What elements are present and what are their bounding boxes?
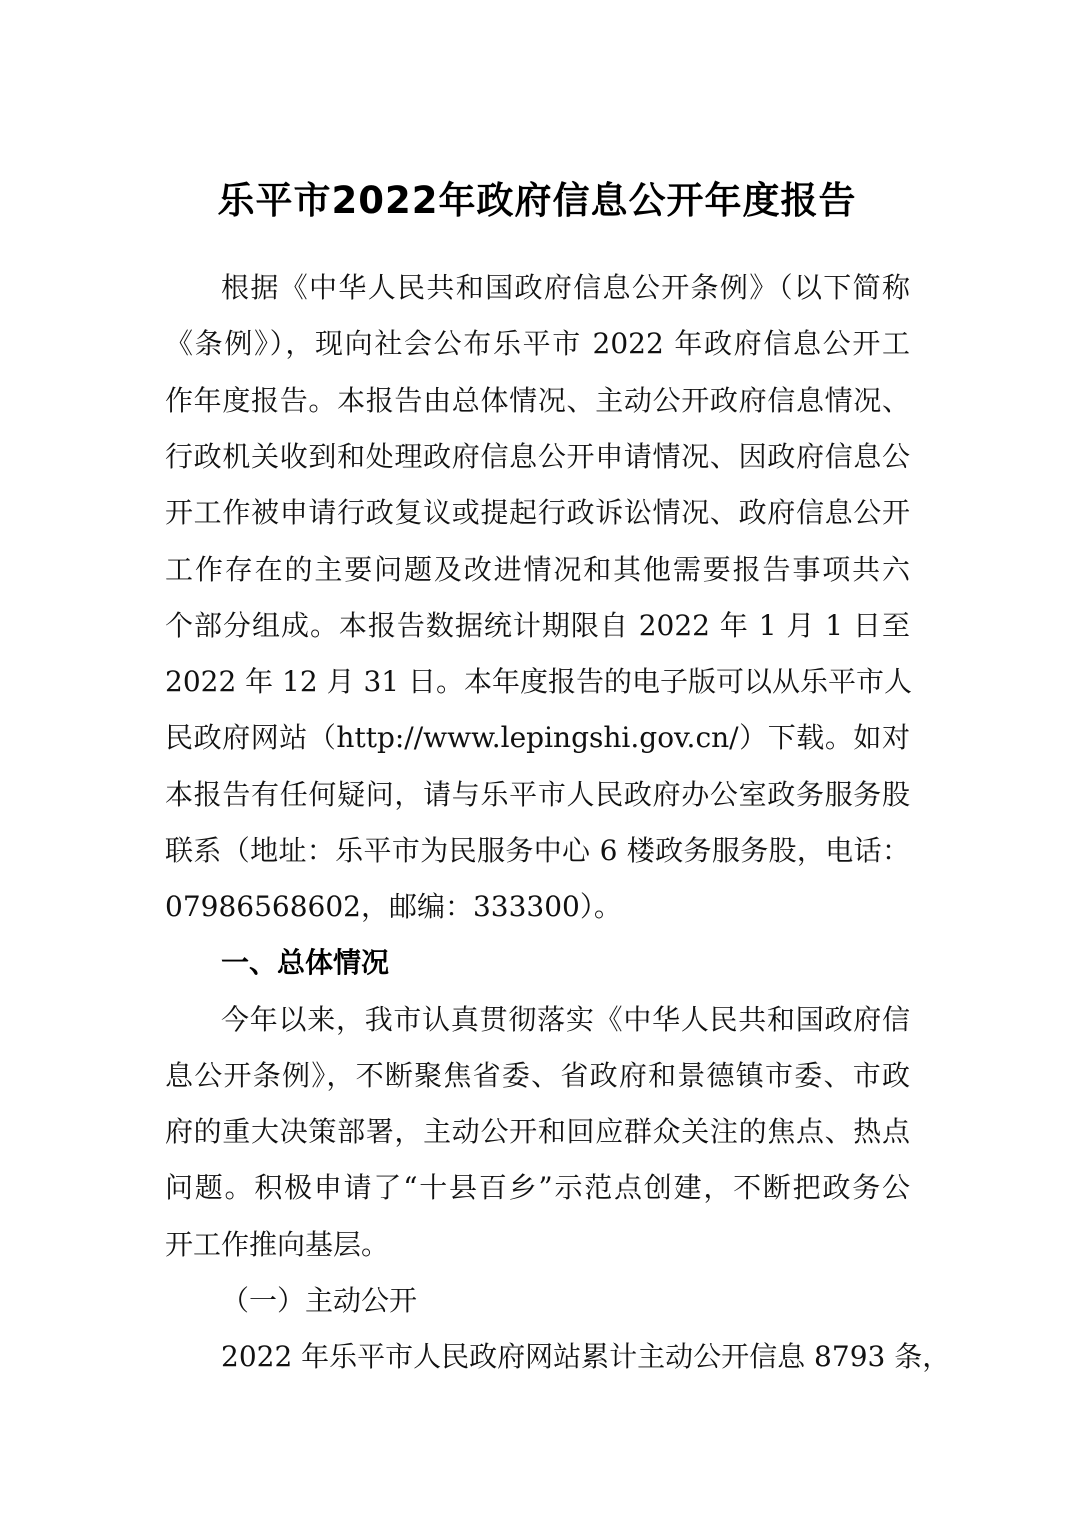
text-line: 行政机关收到和处理政府信息公开申请情况、因政府信息公	[165, 437, 910, 477]
text-line: 开工作被申请行政复议或提起行政诉讼情况、政府信息公开	[165, 493, 910, 533]
text-line: 今年以来，我市认真贯彻落实《中华人民共和国政府信	[221, 1000, 910, 1040]
text-line: 府的重大决策部署，主动公开和回应群众关注的焦点、热点	[165, 1112, 910, 1152]
text-line: 2022 年 12 月 31 日。本年度报告的电子版可以从乐平市人	[165, 662, 910, 702]
text-line: 民政府网站（http://www.lepingshi.gov.cn/）下载。如对	[165, 718, 910, 758]
text-line: 个部分组成。本报告数据统计期限自 2022 年 1 月 1 日至	[165, 606, 910, 646]
text-line: 开工作推向基层。	[165, 1225, 910, 1265]
text-line: 问题。积极申请了“十县百乡”示范点创建，不断把政务公	[165, 1168, 910, 1208]
text-line: 作年度报告。本报告由总体情况、主动公开政府信息情况、	[165, 381, 910, 421]
text-line: 2022 年乐平市人民政府网站累计主动公开信息 8793 条，	[221, 1337, 910, 1377]
document-title: 乐平市2022年政府信息公开年度报告	[0, 170, 1074, 224]
text-line: 本报告有任何疑问，请与乐平市人民政府办公室政务服务股	[165, 775, 910, 815]
document-page: 乐平市2022年政府信息公开年度报告 根据《中华人民共和国政府信息公开条例》（以…	[0, 0, 1074, 1520]
text-line: 联系（地址：乐平市为民服务中心 6 楼政务服务股，电话：	[165, 831, 910, 871]
text-line: 《条例》），现向社会公布乐平市 2022 年政府信息公开工	[165, 324, 910, 364]
text-line: 07986568602，邮编：333300）。	[165, 887, 910, 927]
text-line: 根据《中华人民共和国政府信息公开条例》（以下简称	[221, 268, 910, 308]
section-heading: 一、总体情况	[221, 943, 389, 983]
subsection-heading: （一）主动公开	[221, 1281, 417, 1321]
text-line: 工作存在的主要问题及改进情况和其他需要报告事项共六	[165, 550, 910, 590]
text-line: 息公开条例》，不断聚焦省委、省政府和景德镇市委、市政	[165, 1056, 910, 1096]
